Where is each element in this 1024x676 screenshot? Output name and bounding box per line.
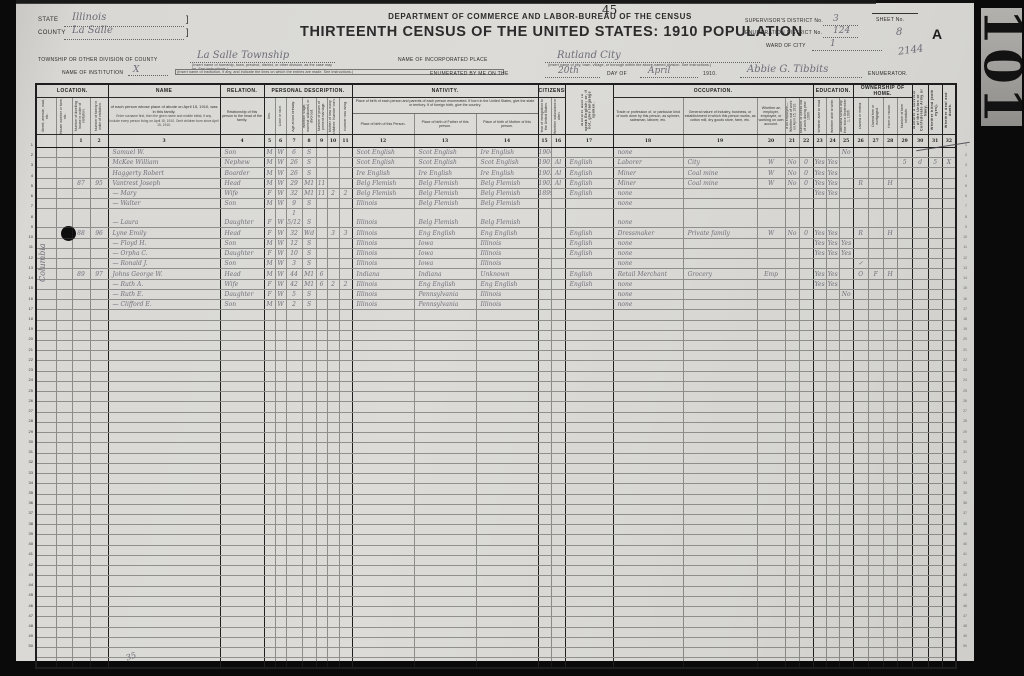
cell-color xyxy=(275,566,286,576)
cell-read: Yes xyxy=(813,228,826,238)
cell-sex: M xyxy=(264,199,275,209)
cell-industry xyxy=(683,300,757,310)
table-row xyxy=(36,361,956,371)
row-number: 10 xyxy=(25,232,33,242)
cell-english: English xyxy=(565,279,613,289)
cell-dwelling: 87 xyxy=(72,178,90,188)
cell-own xyxy=(853,596,868,606)
cell-age xyxy=(286,381,302,391)
cell-marital: S xyxy=(302,300,316,310)
table-row: — Orpha C.DaughterFW10SIllinoisIowaIllin… xyxy=(36,248,956,258)
cell-blind xyxy=(928,463,942,473)
row-number: 41 xyxy=(25,549,33,559)
col-header-pob: Place of birth of this Person. xyxy=(353,114,414,134)
cell-blind xyxy=(928,148,942,158)
cell-yrs xyxy=(316,300,327,310)
cell-relation xyxy=(220,402,264,412)
cell-weeks xyxy=(799,545,813,555)
table-row xyxy=(36,627,956,637)
cell-write xyxy=(826,463,839,473)
cell-nat xyxy=(551,422,565,432)
cell-marital xyxy=(302,617,316,627)
cell-relation xyxy=(220,504,264,514)
row-number: 23 xyxy=(25,365,33,375)
cell-marital xyxy=(302,463,316,473)
cell-empl xyxy=(757,392,785,402)
col-number-imm: 15 xyxy=(538,135,551,148)
cell-marital xyxy=(302,443,316,453)
cell-out xyxy=(785,545,799,555)
cell-imm xyxy=(538,545,551,555)
cell-read xyxy=(813,209,826,228)
col-number-sex: 5 xyxy=(264,135,275,148)
cell-imm: 1899 xyxy=(538,188,551,198)
cell-blind xyxy=(928,269,942,279)
table-row: — WalterSonMW9SIllinoisBelg FlemishBelg … xyxy=(36,199,956,209)
cell-read xyxy=(813,412,826,422)
cell-fh xyxy=(883,188,897,198)
cell-school xyxy=(839,422,853,432)
cell-out xyxy=(785,412,799,422)
cell-own xyxy=(853,199,868,209)
cell-out xyxy=(785,238,799,248)
cell-school xyxy=(839,168,853,178)
cell-color xyxy=(275,351,286,361)
cell-vet xyxy=(912,648,928,658)
township-label: TOWNSHIP OR OTHER DIVISION OF COUNTY xyxy=(38,57,158,63)
table-row xyxy=(36,555,956,565)
cell-deaf xyxy=(942,535,956,545)
cell-out xyxy=(785,371,799,381)
row-number: 17 xyxy=(25,304,33,314)
cell-relation: Son xyxy=(220,300,264,310)
cell-sex: M xyxy=(264,158,275,168)
cell-relation xyxy=(220,555,264,565)
cell-pob_f: Pennsylvania xyxy=(414,300,476,310)
cell-industry xyxy=(683,381,757,391)
cell-pob_m xyxy=(476,340,538,350)
cell-street xyxy=(36,433,56,443)
cell-fh xyxy=(883,371,897,381)
cell-pob xyxy=(352,371,414,381)
cell-pob: Belg Flemish xyxy=(352,178,414,188)
cell-pob_f xyxy=(414,627,476,637)
cell-age xyxy=(286,310,302,320)
cell-relation: Boarder xyxy=(220,168,264,178)
cell-empl xyxy=(757,607,785,617)
cell-sched xyxy=(897,637,912,647)
cell-weeks xyxy=(799,279,813,289)
cell-sex xyxy=(264,627,275,637)
cell-yrs xyxy=(316,228,327,238)
cell-house xyxy=(56,300,72,310)
cell-pob xyxy=(352,320,414,330)
cell-living xyxy=(339,474,352,484)
cell-school xyxy=(839,392,853,402)
cell-mort xyxy=(868,361,883,371)
cell-pob xyxy=(352,351,414,361)
cell-imm xyxy=(538,238,551,248)
cell-mort xyxy=(868,617,883,627)
cell-empl xyxy=(757,248,785,258)
cell-sex xyxy=(264,607,275,617)
cell-sched xyxy=(897,381,912,391)
cell-pob_m xyxy=(476,392,538,402)
cell-blind xyxy=(928,658,942,668)
cell-sex: F xyxy=(264,228,275,238)
cell-age: 3 xyxy=(286,259,302,269)
cell-color xyxy=(275,422,286,432)
cell-dwelling xyxy=(72,310,90,320)
nativity-header: Place of birth of each person and parent… xyxy=(352,98,538,135)
table-row xyxy=(36,525,956,535)
enumerator-label: ENUMERATOR. xyxy=(868,71,908,77)
cell-street xyxy=(36,412,56,422)
cell-blind xyxy=(928,289,942,299)
cell-yrs xyxy=(316,402,327,412)
row-number: 2 xyxy=(959,150,967,160)
cell-living xyxy=(339,504,352,514)
cell-house xyxy=(56,371,72,381)
cell-own xyxy=(853,351,868,361)
cell-trade: none xyxy=(613,300,683,310)
cell-deaf xyxy=(942,545,956,555)
table-row: Samuel W.SonMW6SScot EnglishScot English… xyxy=(36,148,956,158)
cell-dwelling xyxy=(72,371,90,381)
cell-marital xyxy=(302,361,316,371)
cell-dwelling xyxy=(72,627,90,637)
cell-mort xyxy=(868,300,883,310)
table-row xyxy=(36,433,956,443)
row-number: 12 xyxy=(959,253,967,263)
cell-family xyxy=(90,259,108,269)
cell-own xyxy=(853,422,868,432)
cell-imm xyxy=(538,361,551,371)
col-number-school: 25 xyxy=(839,135,853,148)
cell-born xyxy=(327,648,339,658)
cell-nat xyxy=(551,310,565,320)
cell-deaf xyxy=(942,433,956,443)
cell-read xyxy=(813,494,826,504)
cell-street xyxy=(36,494,56,504)
cell-family xyxy=(90,648,108,658)
cell-industry xyxy=(683,371,757,381)
cell-born xyxy=(327,637,339,647)
cell-house xyxy=(56,148,72,158)
col-header-trade: Trade or profession of, or particular ki… xyxy=(613,98,683,135)
cell-pob_m xyxy=(476,310,538,320)
cell-dwelling xyxy=(72,555,90,565)
cell-nat xyxy=(551,504,565,514)
cell-nat xyxy=(551,381,565,391)
row-number: 29 xyxy=(25,427,33,437)
col-header-marital: Whether single, married, widowed, or div… xyxy=(302,98,316,135)
cell-read xyxy=(813,463,826,473)
cell-living xyxy=(339,269,352,279)
row-number: 25 xyxy=(959,386,967,396)
cell-deaf xyxy=(942,637,956,647)
cell-empl xyxy=(757,596,785,606)
cell-sex xyxy=(264,525,275,535)
cell-weeks xyxy=(799,617,813,627)
cell-marital: M1 xyxy=(302,269,316,279)
cell-imm xyxy=(538,228,551,238)
cell-street xyxy=(36,361,56,371)
row-number: 34 xyxy=(959,478,967,488)
cell-relation xyxy=(220,658,264,668)
cell-color xyxy=(275,586,286,596)
cell-own xyxy=(853,300,868,310)
cell-school xyxy=(839,494,853,504)
cell-yrs xyxy=(316,525,327,535)
cell-age: 29 xyxy=(286,178,302,188)
cell-weeks xyxy=(799,494,813,504)
cell-out xyxy=(785,351,799,361)
cell-trade xyxy=(613,412,683,422)
cell-read: Yes xyxy=(813,269,826,279)
cell-industry xyxy=(683,259,757,269)
cell-name xyxy=(108,412,220,422)
cell-yrs xyxy=(316,474,327,484)
cell-read xyxy=(813,474,826,484)
col-number-relation: 4 xyxy=(220,135,264,148)
cell-name: — Ruth E. xyxy=(108,289,220,299)
cell-mort xyxy=(868,381,883,391)
cell-color xyxy=(275,658,286,668)
row-number: 7 xyxy=(959,201,967,211)
cell-industry xyxy=(683,586,757,596)
cell-out xyxy=(785,433,799,443)
cell-school xyxy=(839,279,853,289)
cell-pob_f xyxy=(414,422,476,432)
col-header-street: Street, avenue, road, etc. xyxy=(36,98,56,135)
cell-family xyxy=(90,658,108,668)
cell-relation xyxy=(220,392,264,402)
table-row xyxy=(36,402,956,412)
cell-pob: Scot English xyxy=(352,158,414,168)
cell-dwelling xyxy=(72,514,90,524)
cell-yrs xyxy=(316,545,327,555)
cell-deaf xyxy=(942,351,956,361)
cell-pob xyxy=(352,412,414,422)
cell-school xyxy=(839,340,853,350)
cell-blind xyxy=(928,474,942,484)
cell-sex xyxy=(264,617,275,627)
col-number-empl: 20 xyxy=(757,135,785,148)
row-number: 5 xyxy=(959,181,967,191)
row-number: 38 xyxy=(959,519,967,529)
cell-age: 44 xyxy=(286,269,302,279)
sheet-box-rule xyxy=(872,13,918,15)
cell-family xyxy=(90,279,108,289)
cell-street xyxy=(36,658,56,668)
cell-color xyxy=(275,433,286,443)
cell-deaf xyxy=(942,607,956,617)
cell-age xyxy=(286,658,302,668)
cell-marital xyxy=(302,484,316,494)
cell-street xyxy=(36,463,56,473)
cell-living xyxy=(339,627,352,637)
cell-trade xyxy=(613,545,683,555)
cell-sched xyxy=(897,484,912,494)
cell-write xyxy=(826,627,839,637)
cell-english xyxy=(565,545,613,555)
cell-trade xyxy=(613,402,683,412)
cell-house xyxy=(56,422,72,432)
row-number: 24 xyxy=(25,375,33,385)
cell-sched xyxy=(897,586,912,596)
header-group-row: LOCATION.NAMERELATION.PERSONAL DESCRIPTI… xyxy=(36,84,956,98)
cell-color xyxy=(275,310,286,320)
cell-living xyxy=(339,494,352,504)
cell-fh xyxy=(883,607,897,617)
cell-nat xyxy=(551,392,565,402)
cell-house xyxy=(56,576,72,586)
cell-pob_m: Belg Flemish xyxy=(476,199,538,209)
cell-sched xyxy=(897,402,912,412)
cell-dwelling xyxy=(72,209,90,228)
row-number: 37 xyxy=(25,508,33,518)
cell-school xyxy=(839,178,853,188)
cell-vet xyxy=(912,209,928,228)
cell-mort xyxy=(868,535,883,545)
cell-house xyxy=(56,545,72,555)
cell-mort xyxy=(868,279,883,289)
cell-relation xyxy=(220,453,264,463)
cell-english xyxy=(565,381,613,391)
cell-name: — Ronald J. xyxy=(108,259,220,269)
cell-english xyxy=(565,433,613,443)
cell-write xyxy=(826,412,839,422)
enumeration-value: 124 xyxy=(833,26,850,36)
cell-pob_f xyxy=(414,412,476,422)
cell-blind: 5 xyxy=(928,158,942,168)
cell-color xyxy=(275,381,286,391)
cell-dwelling xyxy=(72,453,90,463)
cell-mort xyxy=(868,596,883,606)
cell-vet xyxy=(912,320,928,330)
cell-fh xyxy=(883,320,897,330)
cell-pob_m xyxy=(476,525,538,535)
cell-name xyxy=(108,576,220,586)
cell-family xyxy=(90,576,108,586)
cell-empl xyxy=(757,433,785,443)
cell-pob_m xyxy=(476,453,538,463)
cell-vet xyxy=(912,576,928,586)
cell-house xyxy=(56,158,72,168)
row-number: 20 xyxy=(959,334,967,344)
cell-sex xyxy=(264,371,275,381)
cell-out: No xyxy=(785,158,799,168)
cell-relation xyxy=(220,412,264,422)
cell-street xyxy=(36,648,56,658)
cell-sex: M xyxy=(264,148,275,158)
cell-school xyxy=(839,637,853,647)
cell-relation xyxy=(220,545,264,555)
cell-vet xyxy=(912,300,928,310)
cell-trade: Laborer xyxy=(613,158,683,168)
cell-mort xyxy=(868,248,883,258)
cell-born xyxy=(327,658,339,668)
cell-sched xyxy=(897,607,912,617)
cell-school xyxy=(839,453,853,463)
cell-industry xyxy=(683,658,757,668)
cell-dwelling xyxy=(72,535,90,545)
cell-pob_f: Eng English xyxy=(414,228,476,238)
cell-read xyxy=(813,484,826,494)
cell-sched xyxy=(897,320,912,330)
cell-fh xyxy=(883,463,897,473)
cell-imm: 1902 xyxy=(538,178,551,188)
cell-marital xyxy=(302,535,316,545)
form-title: THIRTEENTH CENSUS OF THE UNITED STATES: … xyxy=(300,24,780,40)
sheet-value: 8 xyxy=(896,27,902,38)
cell-read xyxy=(813,504,826,514)
cell-mort xyxy=(868,576,883,586)
cell-write xyxy=(826,576,839,586)
cell-born xyxy=(327,320,339,330)
cell-family xyxy=(90,300,108,310)
cell-weeks xyxy=(799,525,813,535)
cell-sex xyxy=(264,443,275,453)
cell-pob xyxy=(352,453,414,463)
cell-out xyxy=(785,209,799,228)
cell-mort xyxy=(868,484,883,494)
cell-sched xyxy=(897,627,912,637)
cell-industry xyxy=(683,199,757,209)
cell-family xyxy=(90,340,108,350)
cell-school xyxy=(839,209,853,228)
cell-yrs xyxy=(316,443,327,453)
cell-mort xyxy=(868,443,883,453)
cell-out xyxy=(785,494,799,504)
cell-read xyxy=(813,371,826,381)
cell-trade: none xyxy=(613,209,683,228)
col-header-out: If an employee— Whether out of work on A… xyxy=(785,98,799,135)
col-number-yrs: 9 xyxy=(316,135,327,148)
cell-living xyxy=(339,361,352,371)
cell-sex xyxy=(264,484,275,494)
cell-industry xyxy=(683,188,757,198)
cell-read xyxy=(813,555,826,565)
state-value: Illinois xyxy=(72,12,106,23)
col-number-age: 7 xyxy=(286,135,302,148)
cell-read xyxy=(813,443,826,453)
cell-empl xyxy=(757,188,785,198)
cell-pob xyxy=(352,310,414,320)
cell-school xyxy=(839,412,853,422)
cell-imm xyxy=(538,494,551,504)
cell-english: English xyxy=(565,158,613,168)
cell-blind xyxy=(928,178,942,188)
cell-dwelling xyxy=(72,158,90,168)
table-row xyxy=(36,576,956,586)
cell-blind xyxy=(928,188,942,198)
cell-blind xyxy=(928,443,942,453)
cell-color: W xyxy=(275,158,286,168)
cell-vet xyxy=(912,412,928,422)
cell-vet xyxy=(912,463,928,473)
cell-pob: Illinois xyxy=(352,199,414,209)
cell-deaf xyxy=(942,566,956,576)
cell-english xyxy=(565,514,613,524)
cell-out xyxy=(785,474,799,484)
cell-own xyxy=(853,535,868,545)
cell-industry xyxy=(683,289,757,299)
cell-imm xyxy=(538,310,551,320)
cell-yrs xyxy=(316,555,327,565)
cell-trade xyxy=(613,453,683,463)
